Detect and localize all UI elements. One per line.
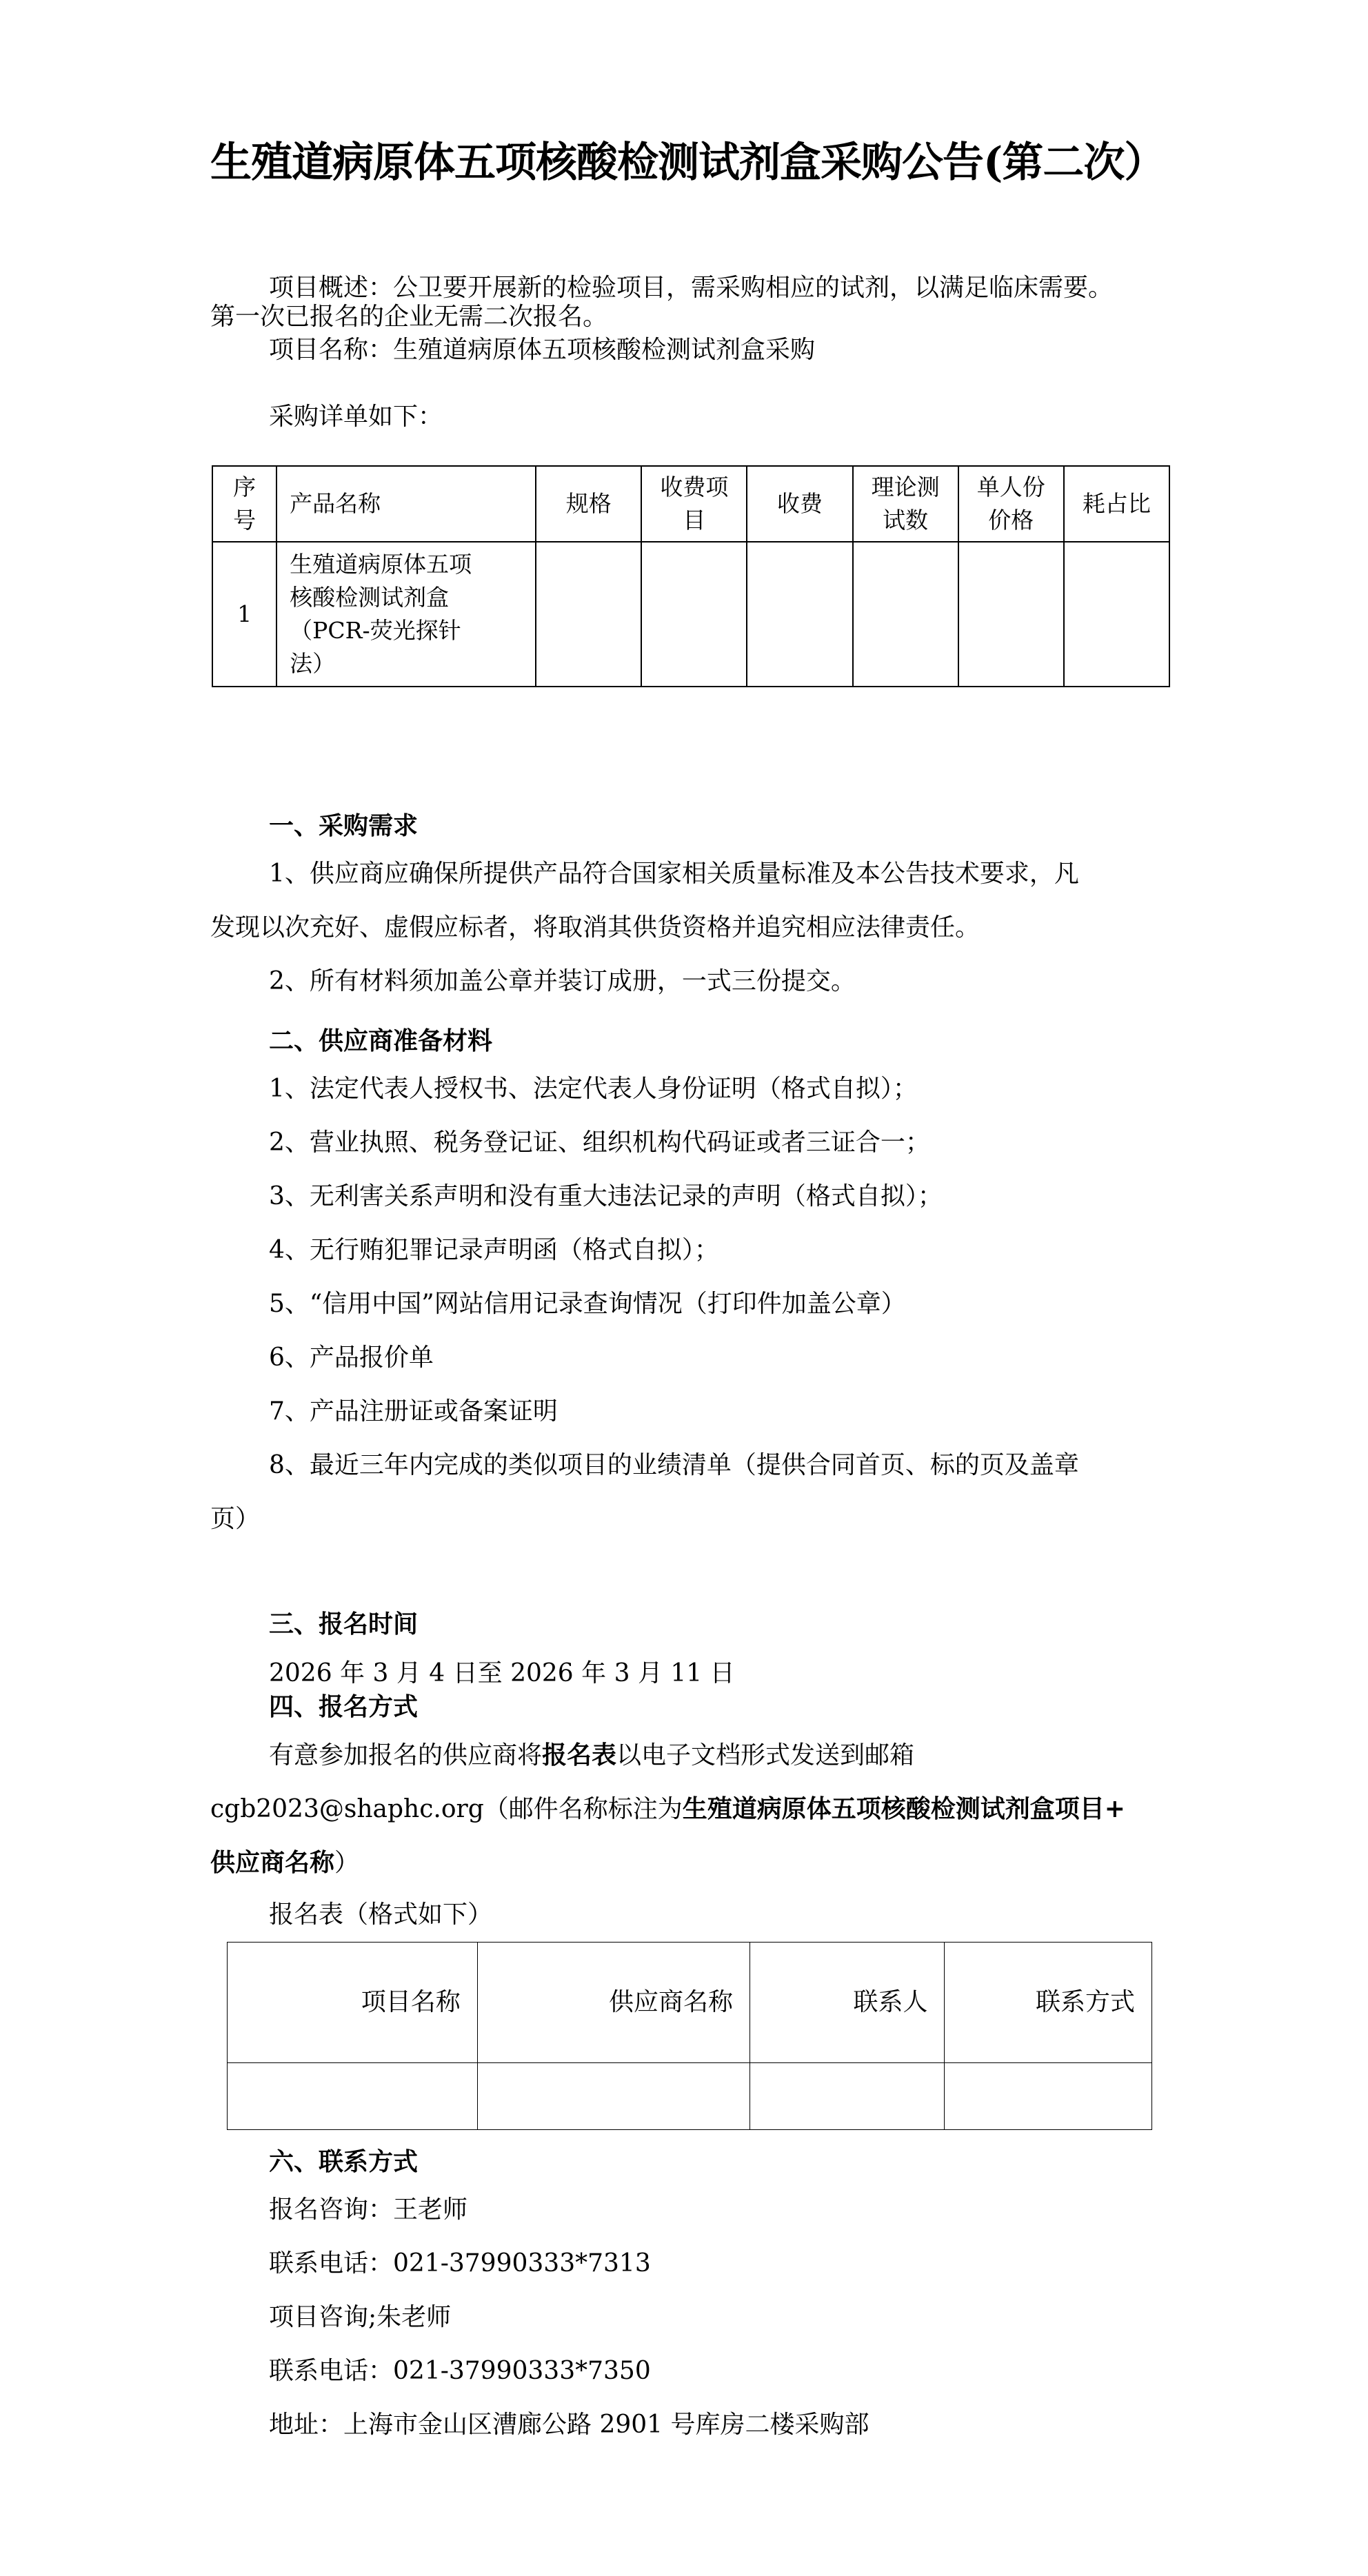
header-unit-price: 单人份 价格 — [958, 466, 1064, 542]
table-row: 1 生殖道病原体五项 核酸检测试剂盒 （PCR-荧光探针 法） — [212, 542, 1169, 687]
form-label: 报名表（格式如下） — [269, 1901, 492, 1929]
product-name-l2: 核酸检测试剂盒 — [290, 581, 532, 614]
header-unit-price-l2: 价格 — [962, 504, 1060, 537]
line2-text-a: （邮件名称标注为 — [484, 1795, 683, 1823]
registration-dates: 2026 年 3 月 4 日至 2026 年 3 月 11 日 — [269, 1660, 735, 1687]
phone-2: 联系电话：021-37990333*7350 — [269, 2357, 651, 2385]
section2-item-3: 3、无利害关系声明和没有重大违法记录的声明（格式自拟）； — [269, 1183, 943, 1210]
section4-line2: cgb2023@shaphc.org（邮件名称标注为生殖道病原体五项核酸检测试剂… — [210, 1795, 1125, 1823]
form-cell-project — [228, 2063, 478, 2130]
procurement-table: 序 号 产品名称 规格 收费项 目 收费 理论测 试数 单人份 价格 耗占比 1… — [212, 465, 1170, 687]
page-title: 生殖道病原体五项核酸检测试剂盒采购公告(第二次） — [210, 130, 1165, 189]
overview-line2: 第一次已报名的企业无需二次报名。 — [210, 303, 607, 331]
cell-fee-item — [641, 542, 747, 687]
table-header-row: 序 号 产品名称 规格 收费项 目 收费 理论测 试数 单人份 价格 耗占比 — [212, 466, 1169, 542]
section1-heading: 一、采购需求 — [269, 807, 418, 842]
form-header-row: 项目名称 供应商名称 联系人 联系方式 — [228, 1943, 1152, 2063]
header-seq-l2: 号 — [216, 504, 273, 537]
section2-item-4: 4、无行贿犯罪记录声明函（格式自拟）； — [269, 1237, 719, 1264]
project-name: 项目名称：生殖道病原体五项核酸检测试剂盒采购 — [269, 336, 815, 364]
line2-bold: 生殖道病原体五项核酸检测试剂盒项目+ — [683, 1794, 1125, 1823]
cell-spec — [536, 542, 641, 687]
section1-item1-line2: 发现以次充好、虚假应标者，将取消其供货资格并追究相应法律责任。 — [210, 914, 980, 942]
form-header-project: 项目名称 — [228, 1943, 478, 2063]
section2-item-1: 1、法定代表人授权书、法定代表人身份证明（格式自拟）； — [269, 1075, 918, 1103]
header-fee-item-l2: 目 — [645, 504, 743, 537]
form-cell-supplier — [477, 2063, 750, 2130]
section1-item2: 2、所有材料须加盖公章并装订成册，一式三份提交。 — [269, 968, 856, 995]
section3-heading: 三、报名时间 — [269, 1605, 418, 1640]
section4-line3: 供应商名称） — [210, 1849, 359, 1877]
form-cell-contact-method — [945, 2063, 1152, 2130]
cell-seq: 1 — [212, 542, 276, 687]
cell-product-name: 生殖道病原体五项 核酸检测试剂盒 （PCR-荧光探针 法） — [276, 542, 536, 687]
section2-item-8: 8、最近三年内完成的类似项目的业绩清单（提供合同首页、标的页及盖章 — [269, 1452, 1079, 1479]
registration-form-table: 项目名称 供应商名称 联系人 联系方式 — [227, 1942, 1152, 2130]
header-product-name: 产品名称 — [276, 466, 536, 542]
header-ratio: 耗占比 — [1064, 466, 1169, 542]
product-name-l3: （PCR-荧光探针 — [290, 614, 532, 647]
line1-text-b: 以电子文档形式发送到邮箱 — [616, 1741, 914, 1769]
header-unit-price-l1: 单人份 — [962, 471, 1060, 504]
section4-heading: 四、报名方式 — [269, 1687, 418, 1723]
address: 地址：上海市金山区漕廊公路 2901 号库房二楼采购部 — [269, 2411, 869, 2439]
section4-line1: 有意参加报名的供应商将报名表以电子文档形式发送到邮箱 — [269, 1741, 914, 1769]
form-header-supplier: 供应商名称 — [477, 1943, 750, 2063]
project-contact: 项目咨询;朱老师 — [269, 2304, 451, 2331]
section2-item-7: 7、产品注册证或备案证明 — [269, 1398, 558, 1426]
header-tests-l1: 理论测 — [856, 471, 955, 504]
registration-contact: 报名咨询：王老师 — [269, 2196, 467, 2224]
header-fee-item-l1: 收费项 — [645, 471, 743, 504]
email-address[interactable]: cgb2023@shaphc.org — [210, 1795, 484, 1823]
line1-bold: 报名表 — [542, 1741, 616, 1769]
form-row — [228, 2063, 1152, 2130]
product-name-l1: 生殖道病原体五项 — [290, 548, 532, 581]
section6-heading: 六、联系方式 — [269, 2142, 418, 2178]
cell-unit-price — [958, 542, 1064, 687]
header-tests-l2: 试数 — [856, 504, 955, 537]
header-seq-l1: 序 — [216, 471, 273, 504]
product-name-l4: 法） — [290, 647, 532, 680]
cell-tests — [853, 542, 958, 687]
phone-1: 联系电话：021-37990333*7313 — [269, 2250, 651, 2278]
section2-item-2: 2、营业执照、税务登记证、组织机构代码证或者三证合一； — [269, 1129, 930, 1157]
form-cell-contact — [750, 2063, 945, 2130]
overview-line1: 项目概述：公卫要开展新的检验项目，需采购相应的试剂，以满足临床需要。 — [269, 274, 1113, 302]
cell-fee — [747, 542, 852, 687]
cell-ratio — [1064, 542, 1169, 687]
form-header-contact-method: 联系方式 — [945, 1943, 1152, 2063]
detail-intro: 采购详单如下： — [269, 403, 443, 431]
header-spec: 规格 — [536, 466, 641, 542]
line3-bold: 供应商名称 — [210, 1848, 334, 1877]
header-tests: 理论测 试数 — [853, 466, 958, 542]
line3-text-b: ） — [334, 1849, 359, 1877]
form-header-contact: 联系人 — [750, 1943, 945, 2063]
header-fee-item: 收费项 目 — [641, 466, 747, 542]
section2-heading: 二、供应商准备材料 — [269, 1022, 492, 1057]
section1-item1-line1: 1、供应商应确保所提供产品符合国家相关质量标准及本公告技术要求，凡 — [269, 860, 1079, 888]
section2-item-6: 6、产品报价单 — [269, 1344, 434, 1372]
header-fee: 收费 — [747, 466, 852, 542]
header-seq: 序 号 — [212, 466, 276, 542]
line1-text-a: 有意参加报名的供应商将 — [269, 1741, 542, 1769]
section2-item-5: 5、“信用中国”网站信用记录查询情况（打印件加盖公章） — [269, 1290, 906, 1318]
section2-item-8-cont: 页） — [210, 1505, 260, 1533]
